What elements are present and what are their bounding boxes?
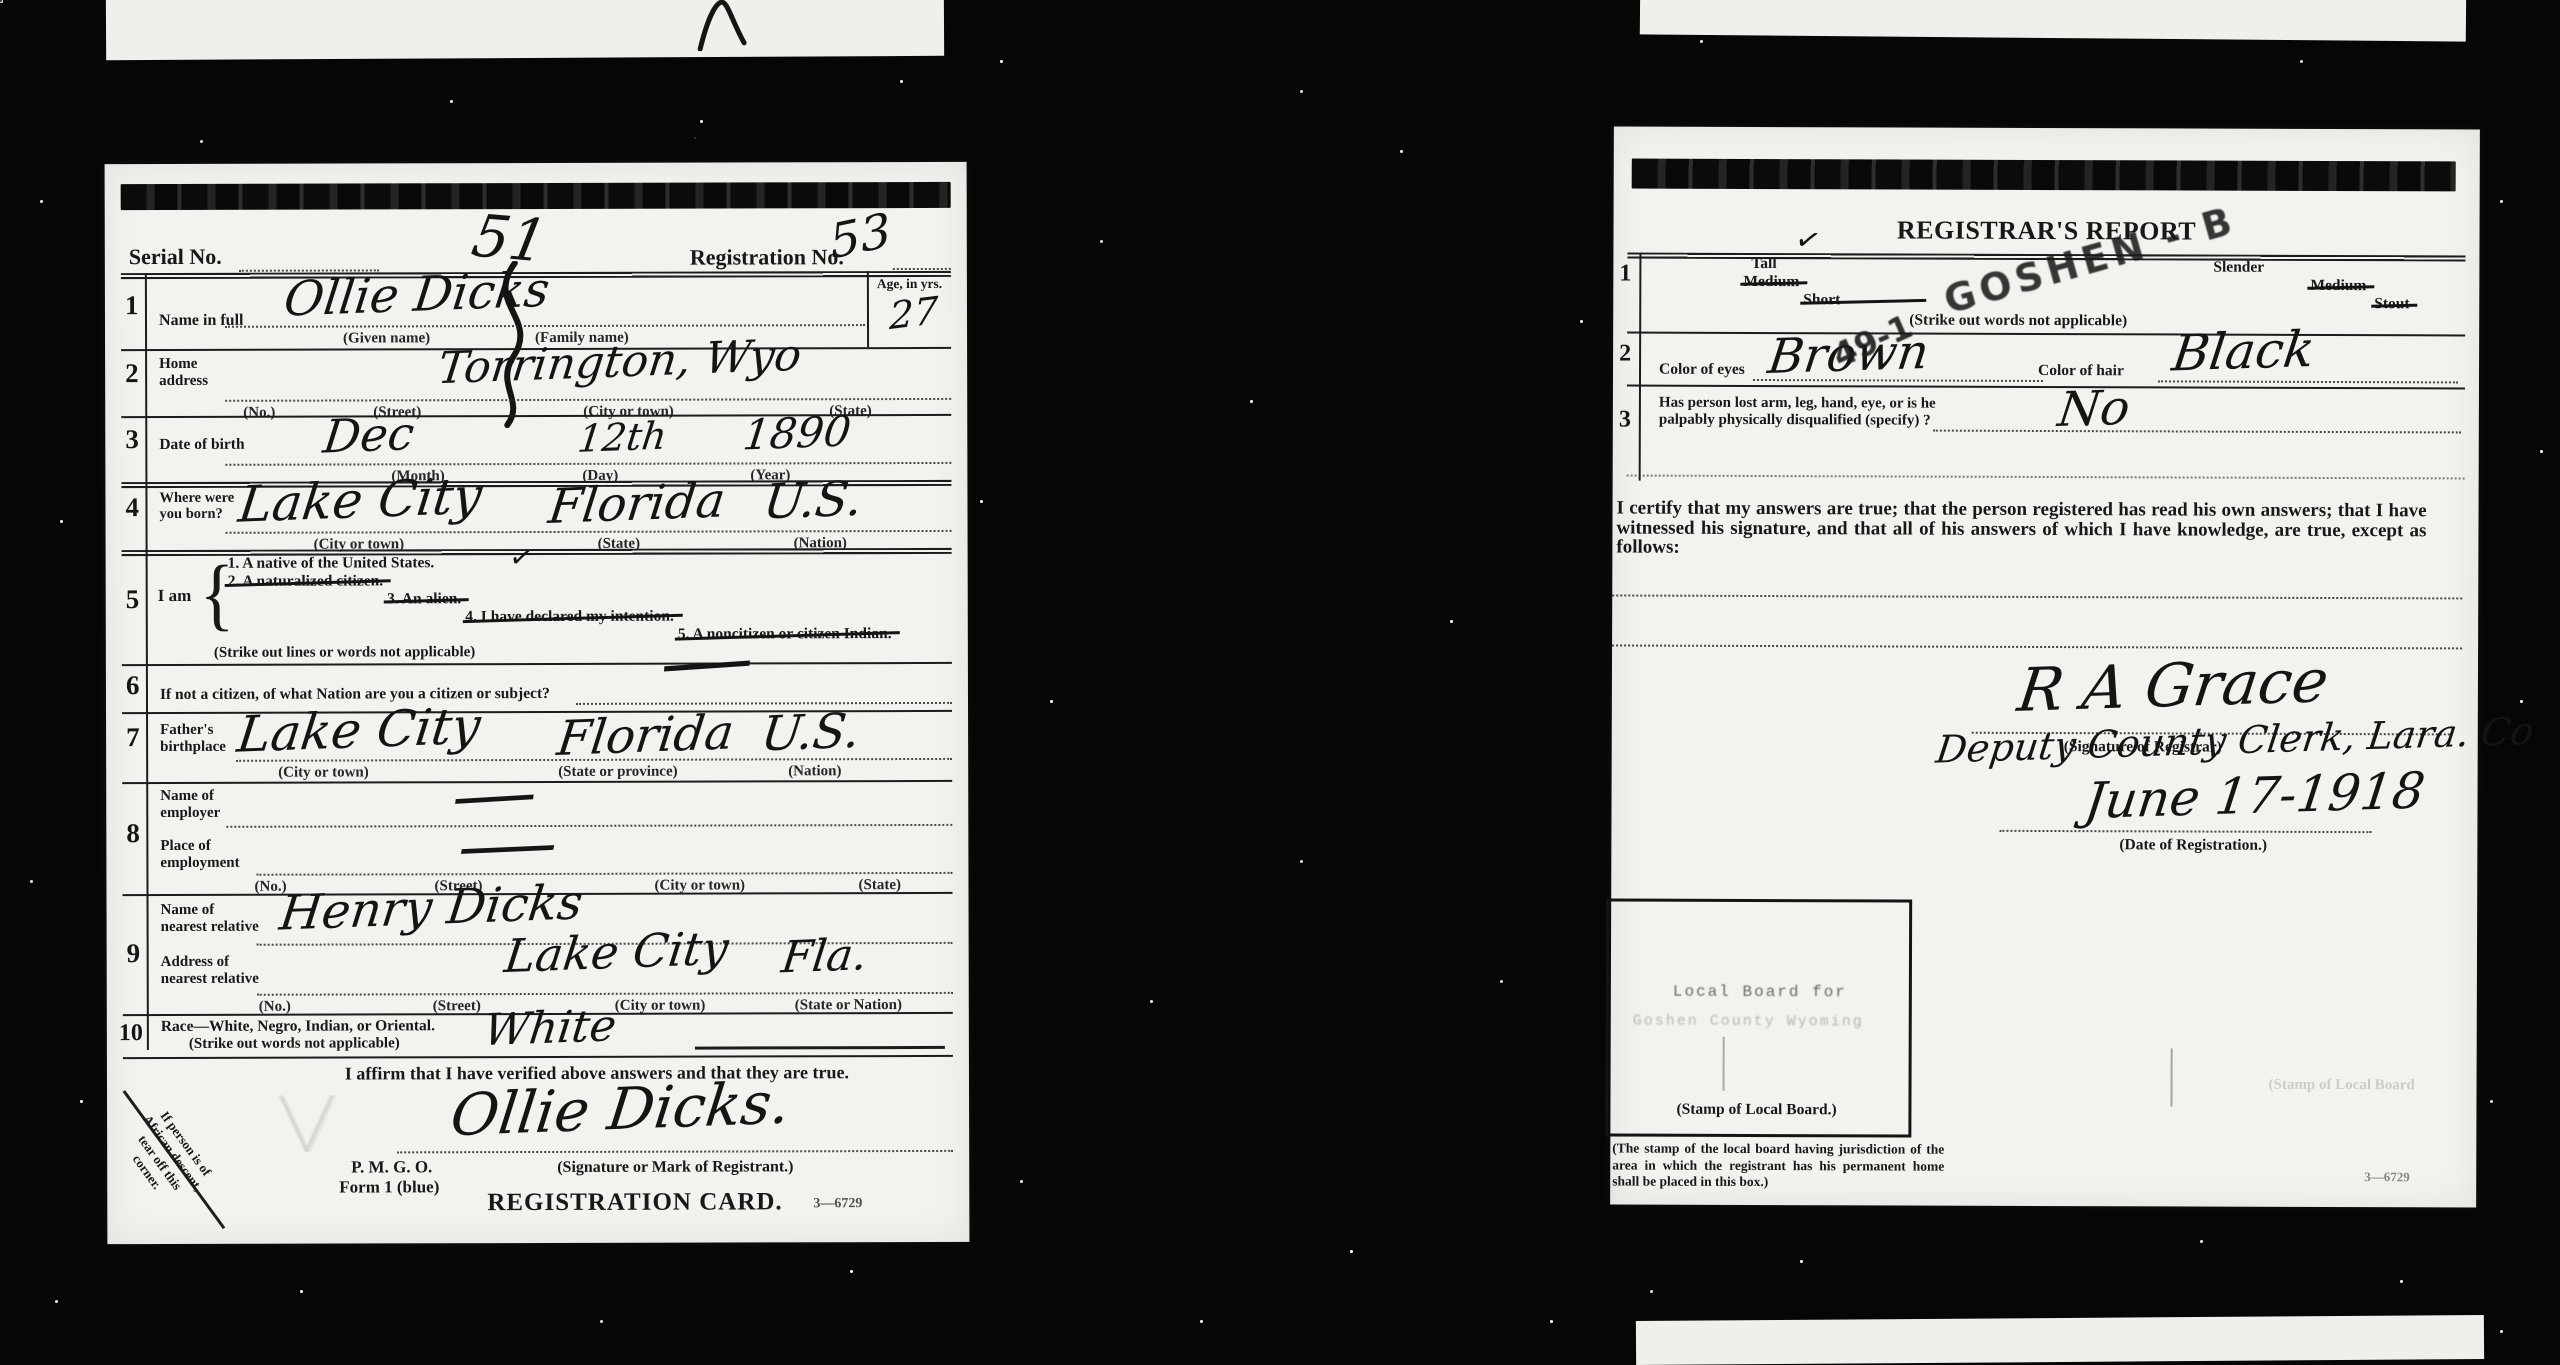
disqualified-leader (1933, 430, 2461, 434)
row5-number: 5 (126, 584, 140, 615)
color-of-hair-label: Color of hair (2038, 362, 2124, 380)
section-divider-dotted (1627, 475, 2465, 480)
nearest-relative-name-label-1: Name of (161, 902, 215, 919)
build-short-option: Short (1803, 291, 1840, 309)
father-city-sublabel: (City or town) (278, 764, 369, 781)
registrars-report-title: REGISTRAR'S REPORT (1613, 214, 2479, 247)
serial-number-label: Serial No. (129, 244, 222, 270)
nearest-relative-address-leader (257, 992, 953, 996)
registration-card-title: REGISTRATION CARD. (487, 1188, 782, 1217)
citizen-item-naturalized: 2. A naturalized citizen. (228, 572, 383, 590)
adjacent-card-bottom-right (1636, 1315, 2484, 1344)
employment-place-label-2: employment (160, 855, 239, 872)
photostat-header-band (1632, 159, 2456, 192)
build-tall-option: Tall (1751, 255, 1776, 273)
board-stamp-line-1: Local Board for (1673, 983, 1847, 1002)
exception-line-2 (1612, 644, 2462, 649)
row-number-column-line (145, 273, 149, 1050)
employer-label-2: employer (160, 805, 220, 822)
hair-leader (2158, 380, 2458, 383)
registrant-signature: Ollie Dicks. (447, 1069, 794, 1150)
fathers-birthplace-label-2: birthplace (160, 739, 226, 756)
given-name-sublabel: (Given name) (343, 330, 430, 347)
build-stout-option: Stout (2374, 295, 2409, 313)
birth-day-value: 12th (575, 414, 669, 461)
ghost-stamp-label: (Stamp of Local Board (2269, 1077, 2415, 1095)
disqualified-label-1: Has person lost arm, leg, hand, eye, or … (1659, 395, 1936, 413)
signature-leader (397, 1150, 953, 1153)
certification-text: I certify that my answers are true; that… (1616, 499, 2426, 560)
employment-place-leader (256, 872, 952, 876)
row9-number: 9 (127, 938, 141, 969)
born-state-value: Florida (546, 472, 729, 535)
strike-out-note: (Strike out lines or words not applicabl… (214, 644, 475, 662)
nearest-relative-address-label-1: Address of (161, 954, 230, 971)
native-check-mark: ✓ (507, 539, 536, 576)
fold-mark (1723, 1037, 1725, 1091)
form-number: 3—6729 (2364, 1169, 2410, 1185)
age-box-line (867, 271, 869, 347)
row8-number: 8 (126, 818, 140, 849)
color-of-hair-value: Black (2169, 320, 2318, 382)
born-nation-value: U.S. (761, 471, 866, 531)
row7-number: 7 (126, 722, 140, 753)
build-medium2-option: Medium (2310, 277, 2366, 295)
row3-number: 3 (125, 424, 139, 455)
build-medium-option: Medium (1743, 273, 1799, 291)
row3-number: 3 (1619, 407, 1631, 434)
employer-value: — (444, 770, 544, 822)
build-slender-option: Slender (2213, 259, 2264, 277)
i-am-label: I am (158, 586, 192, 606)
where-born-label-2: you born? (159, 506, 222, 523)
citizen-item-native: 1. A native of the United States. (228, 554, 435, 573)
registration-number-label: Registration No. (690, 244, 844, 270)
board-stamp-line-2: Goshen County Wyoming (1633, 1013, 1864, 1031)
citizen-item-declared: 4. I have declared my intention. (465, 608, 674, 627)
born-city-value: Lake City (236, 467, 486, 534)
nation-subject-leader (576, 702, 952, 705)
race-label: Race—White, Negro, Indian, or Oriental. (161, 1017, 435, 1036)
registrars-report-card: REGISTRAR'S REPORT 1 Tall ✓ Medium Short… (1610, 126, 2480, 1207)
row6-number: 6 (126, 670, 140, 701)
race-line (695, 1046, 945, 1049)
employment-place-label-1: Place of (160, 838, 210, 855)
home-address-label-2: address (159, 373, 208, 390)
row2-number: 2 (125, 358, 139, 389)
registration-number-leader (893, 268, 951, 270)
pen-stroke-mark (694, 0, 764, 51)
form-number: 3—6729 (813, 1196, 862, 1212)
row2-number: 2 (1619, 341, 1631, 368)
nation-subject-value: — (650, 635, 762, 692)
crease-mark (2170, 1048, 2172, 1106)
father-city-value: Lake City (234, 697, 484, 764)
name-in-full-value: Ollie Dicks (281, 262, 553, 328)
form-1-blue-label: Form 1 (blue) (339, 1177, 439, 1197)
adjacent-card-top-right (1640, 0, 2466, 42)
stamp-box-label: (Stamp of Local Board.) (1676, 1101, 1836, 1120)
row1-number: 1 (1619, 261, 1631, 288)
citizen-item-alien: 3. An alien. (387, 590, 461, 608)
employer-leader (226, 824, 952, 828)
stamp-box-note: (The stamp of the local board having jur… (1612, 1140, 1944, 1191)
disqualified-label-2: palpably physically disqualified (specif… (1659, 412, 1931, 430)
father-state-sublabel: (State or province) (558, 764, 677, 781)
row-number-column-line (1639, 253, 1642, 481)
divider (123, 1055, 953, 1059)
father-nation-value: U.S. (758, 703, 863, 763)
divider (1627, 332, 2465, 337)
registration-date-label: (Date of Registration.) (2119, 836, 2267, 855)
registration-number-value: 53 (827, 203, 894, 271)
fathers-birthplace-label-1: Father's (160, 722, 213, 739)
card-dust-specks (0, 0, 2, 2)
nearest-relative-address-label-2: nearest relative (161, 971, 259, 988)
adjacent-card-top-left (106, 0, 944, 60)
row10-number: 10 (119, 1020, 143, 1047)
date-of-birth-label: Date of birth (159, 436, 244, 454)
pmgo-label: P. M. G. O. (351, 1157, 432, 1177)
divider (1627, 385, 2465, 390)
where-born-label-1: Where were (159, 490, 234, 507)
employer-label-1: Name of (160, 788, 214, 805)
color-of-eyes-label: Color of eyes (1659, 361, 1745, 379)
no-sublabel: (No.) (243, 405, 275, 422)
race-note: (Strike out words not applicable) (189, 1035, 400, 1053)
row1-number: 1 (125, 290, 139, 321)
registration-date-leader (1999, 830, 2371, 833)
home-address-leader (225, 398, 951, 402)
nearest-relative-name-label-2: nearest relative (161, 919, 259, 936)
registration-card: Serial No. 51 Registration No. 53 1 Name… (105, 162, 970, 1244)
employment-place-value: — (449, 821, 565, 872)
registration-date-value: June 17-1918 (2081, 762, 2428, 831)
corner-note: If person is of African descent, tear of… (96, 1079, 236, 1238)
registrar-signature: R A Grace (2014, 646, 2333, 726)
birth-month-value: Dec (320, 406, 417, 463)
age-value: 27 (889, 288, 938, 338)
birth-year-value: 1890 (740, 406, 853, 459)
father-nation-sublabel: (Nation) (788, 763, 841, 780)
home-address-label-1: Home (159, 356, 197, 373)
divider (122, 780, 952, 784)
divider (122, 662, 952, 666)
pencil-smudge (235, 1095, 365, 1151)
race-value: White (481, 1000, 619, 1056)
nearest-relative-city-value: Lake City (502, 921, 732, 983)
exception-line-1 (1612, 594, 2462, 599)
nearest-relative-state-value: Fla. (779, 929, 870, 983)
row4-number: 4 (125, 492, 139, 523)
registrant-signature-label: (Signature or Mark of Registrant.) (557, 1158, 793, 1177)
